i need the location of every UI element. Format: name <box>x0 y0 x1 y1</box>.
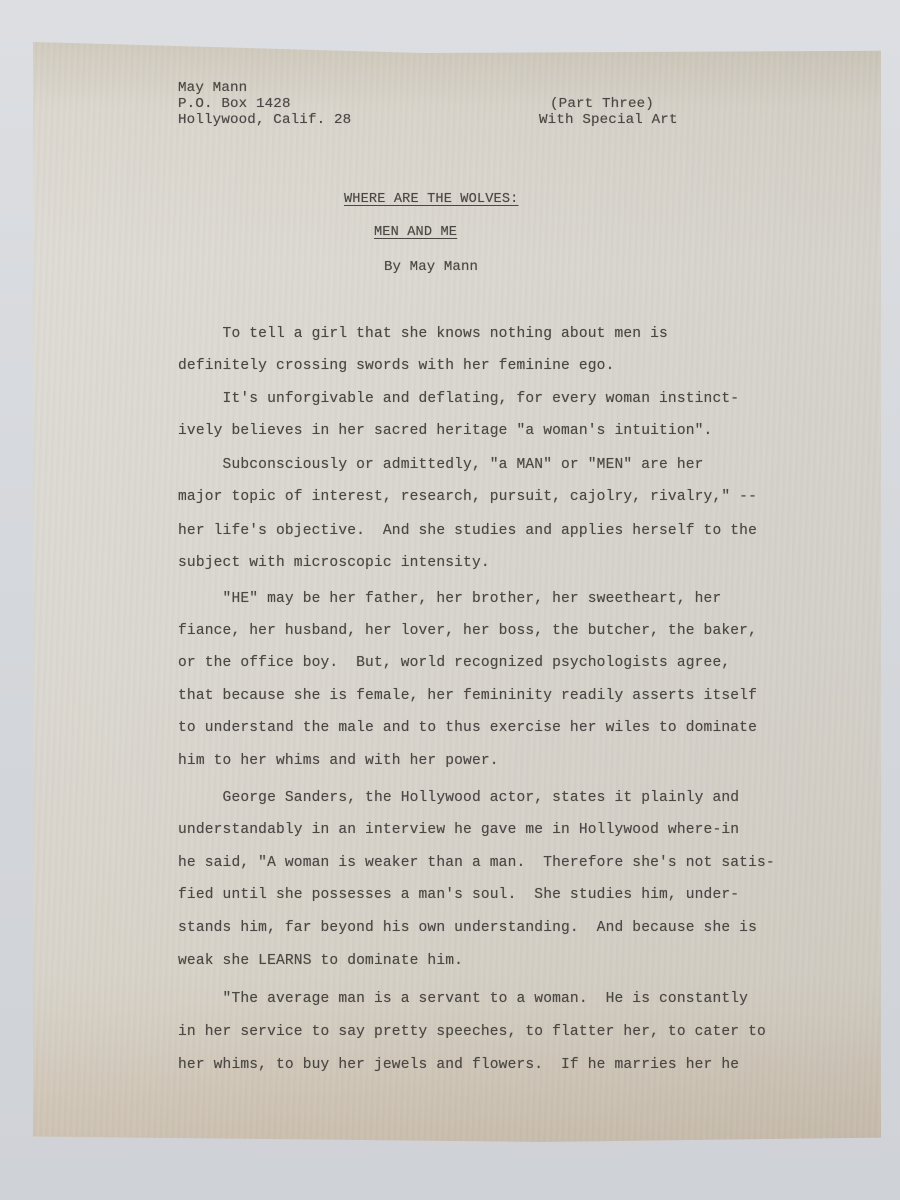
body-line: understandably in an interview he gave m… <box>178 823 739 838</box>
body-line: "The average man is a servant to a woman… <box>178 992 748 1007</box>
body-line: ively believes in her sacred heritage "a… <box>178 424 712 439</box>
body-line: definitely crossing swords with her femi… <box>178 359 614 374</box>
body-line: or the office boy. But, world recognized… <box>178 656 730 671</box>
body-line: that because she is female, her feminini… <box>178 689 757 704</box>
author-name: May Mann <box>178 81 247 95</box>
body-line: her life's objective. And she studies an… <box>178 524 757 539</box>
body-line: to understand the male and to thus exerc… <box>178 721 757 736</box>
body-line: stands him, far beyond his own understan… <box>178 921 757 936</box>
article-subtitle: MEN AND ME <box>374 226 457 240</box>
body-line: George Sanders, the Hollywood actor, sta… <box>178 791 739 806</box>
body-line: subject with microscopic intensity. <box>178 556 490 571</box>
body-line: "HE" may be her father, her brother, her… <box>178 592 721 607</box>
body-line: To tell a girl that she knows nothing ab… <box>178 327 668 342</box>
body-line: her whims, to buy her jewels and flowers… <box>178 1058 739 1073</box>
body-line: in her service to say pretty speeches, t… <box>178 1025 766 1040</box>
body-line: him to her whims and with her power. <box>178 754 499 769</box>
body-line: major topic of interest, research, pursu… <box>178 490 757 505</box>
body-line: Subconsciously or admittedly, "a MAN" or… <box>178 458 704 473</box>
body-line: weak she LEARNS to dominate him. <box>178 954 463 969</box>
body-line: fiance, her husband, her lover, her boss… <box>178 624 757 639</box>
body-line: fied until she possesses a man's soul. S… <box>178 888 739 903</box>
article-title: WHERE ARE THE WOLVES: <box>344 193 518 207</box>
art-note: With Special Art <box>539 113 678 127</box>
author-po-box: P.O. Box 1428 <box>178 97 291 111</box>
body-line: It's unforgivable and deflating, for eve… <box>178 392 739 407</box>
byline: By May Mann <box>384 260 478 274</box>
body-line: he said, "A woman is weaker than a man. … <box>178 856 775 871</box>
author-city: Hollywood, Calif. 28 <box>178 113 351 127</box>
part-label: (Part Three) <box>550 97 654 111</box>
